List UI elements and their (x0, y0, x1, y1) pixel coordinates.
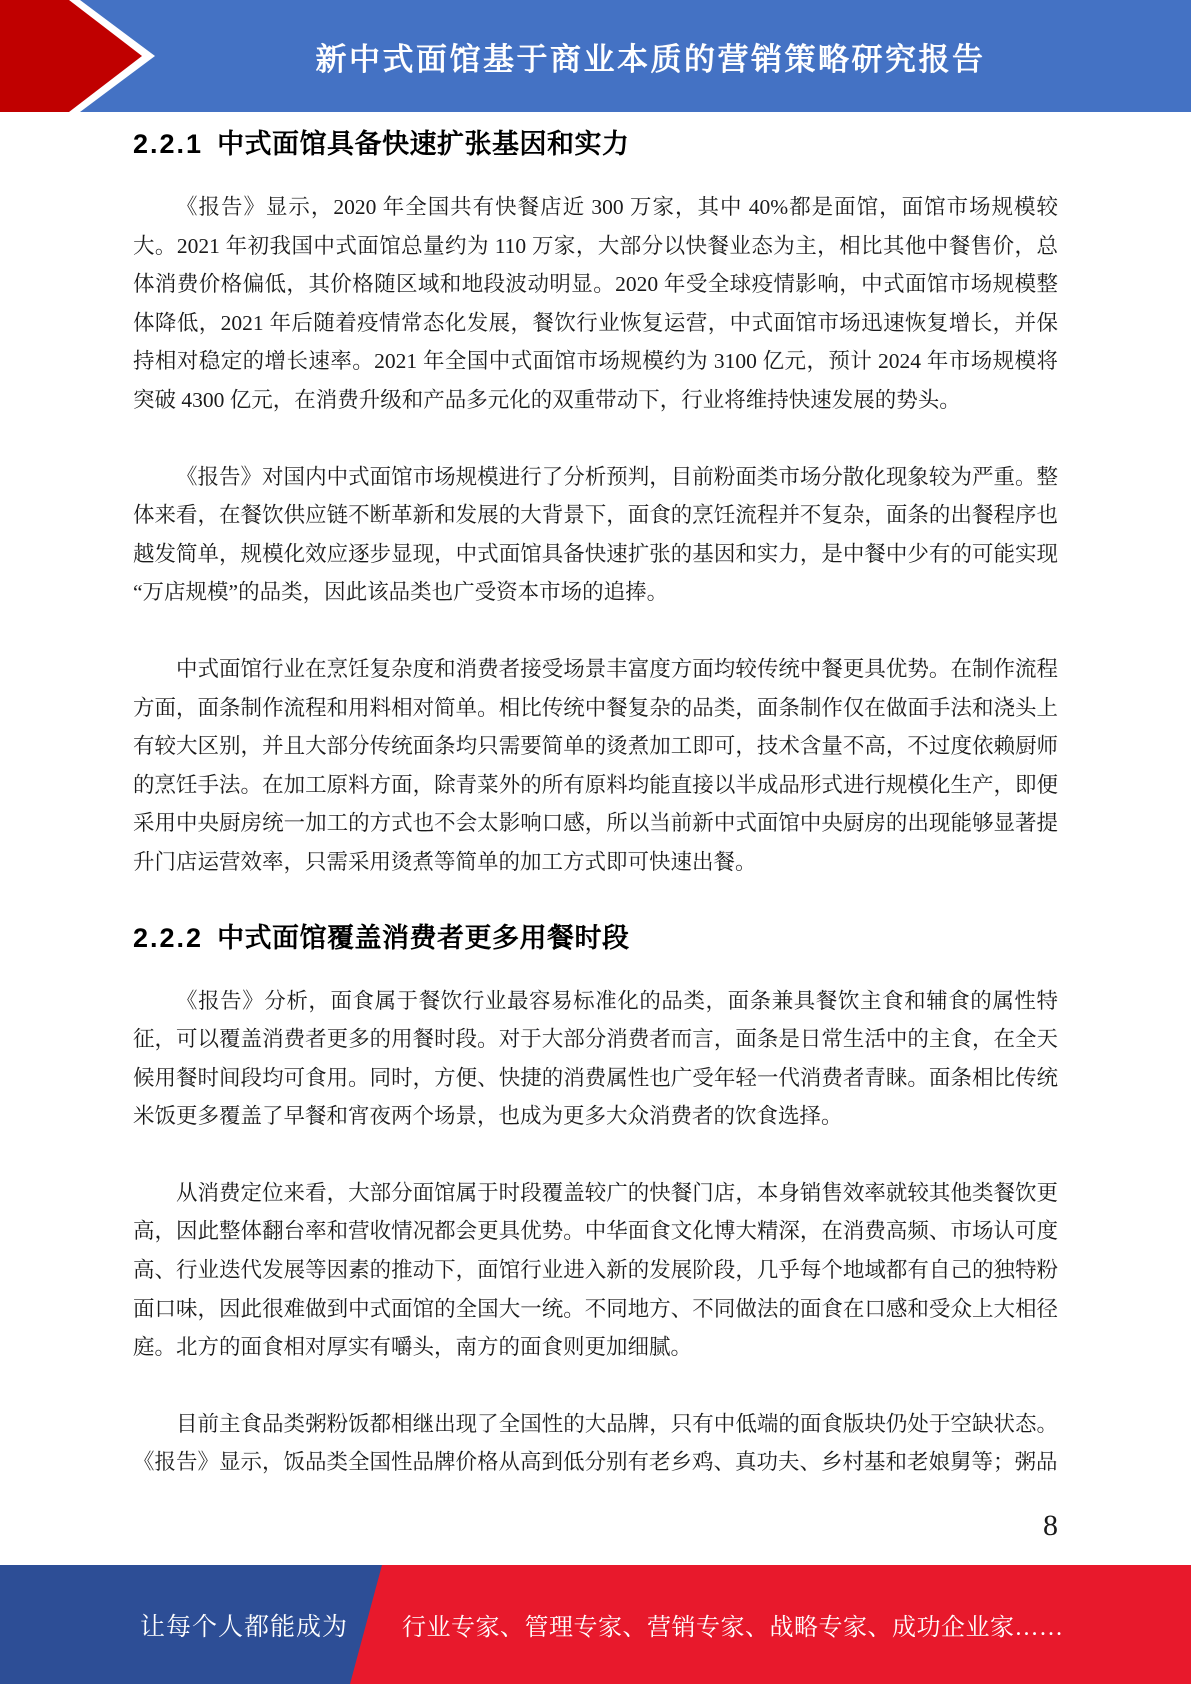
footer-slogan-left: 让每个人都能成为 (140, 1565, 348, 1684)
report-page: 新中式面馆基于商业本质的营销策略研究报告 2.2.1中式面馆具备快速扩张基因和实… (0, 0, 1191, 1684)
paragraph: 目前主食品类粥粉饭都相继出现了全国性的大品牌，只有中低端的面食版块仍处于空缺状态… (133, 1405, 1058, 1482)
section-number: 2.2.2 (133, 923, 203, 953)
paragraph: 从消费定位来看，大部分面馆属于时段覆盖较广的快餐门店，本身销售效率就较其他类餐饮… (133, 1174, 1058, 1367)
page-body: 2.2.1中式面馆具备快速扩张基因和实力 《报告》显示，2020 年全国共有快餐… (0, 126, 1191, 1482)
section-title: 中式面馆具备快速扩张基因和实力 (217, 129, 630, 159)
paragraph: 《报告》分析，面食属于餐饮行业最容易标准化的品类，面条兼具餐饮主食和辅食的属性特… (133, 982, 1058, 1136)
section-number: 2.2.1 (133, 129, 203, 159)
section-heading-221: 2.2.1中式面馆具备快速扩张基因和实力 (133, 126, 1058, 162)
page-number: 8 (1043, 1506, 1058, 1546)
paragraph: 中式面馆行业在烹饪复杂度和消费者接受场景丰富度方面均较传统中餐更具优势。在制作流… (133, 650, 1058, 882)
report-title: 新中式面馆基于商业本质的营销策略研究报告 (170, 0, 1131, 112)
paragraph: 《报告》显示，2020 年全国共有快餐店近 300 万家，其中 40%都是面馆，… (133, 188, 1058, 420)
page-header: 新中式面馆基于商业本质的营销策略研究报告 (0, 0, 1191, 112)
footer-slogan-right: 行业专家、管理专家、营销专家、战略专家、成功企业家…… (402, 1565, 1064, 1684)
page-footer: 让每个人都能成为 行业专家、管理专家、营销专家、战略专家、成功企业家…… (0, 1565, 1191, 1684)
paragraph: 《报告》对国内中式面馆市场规模进行了分析预判，目前粉面类市场分散化现象较为严重。… (133, 458, 1058, 612)
section-heading-222: 2.2.2中式面馆覆盖消费者更多用餐时段 (133, 920, 1058, 956)
chevron-arrow-icon (0, 0, 170, 112)
section-title: 中式面馆覆盖消费者更多用餐时段 (217, 923, 630, 953)
